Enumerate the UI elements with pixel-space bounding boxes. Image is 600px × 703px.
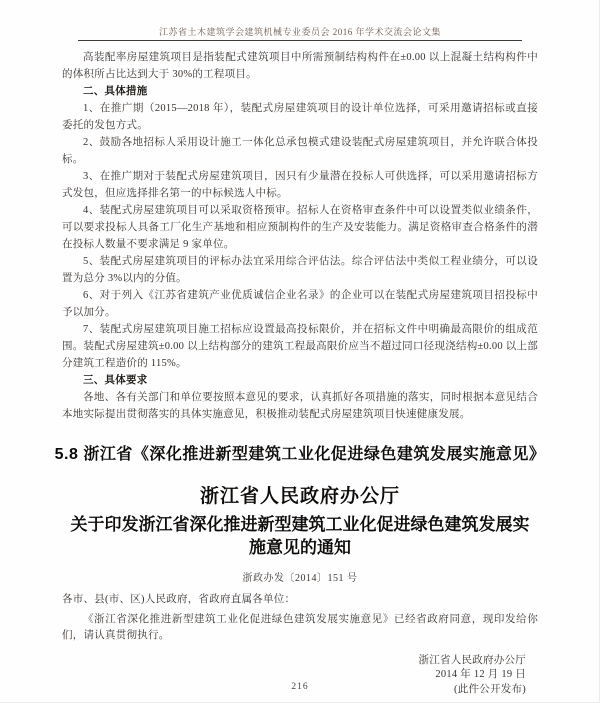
document-title: 关于印发浙江省深化推进新型建筑工业化促进绿色建筑发展实施意见的通知 [64,513,536,559]
measure-item-1: 1、在推广期（2015—2018 年），装配式房屋建筑项目的设计单位选择，可采用… [62,100,538,134]
closing-paragraph: 各地、各有关部门和单位要按照本意见的要求，认真抓好各项措施的落实，同时根据本意见… [62,389,538,423]
section-5-8: 5.8 浙江省《深化推进新型建筑工业化促进绿色建筑发展实施意见》 浙江省人民政府… [0,441,600,697]
measure-item-4: 4、装配式房屋建筑项目可以采取资格预审。招标人在资格审查条件中可以设置类似业绩条… [62,202,538,253]
section3-heading: 三、具体要求 [62,372,538,389]
document-page: 江苏省土木建筑学会建筑机械专业委员会 2016 年学术交流会论文集 高装配率房屋… [0,0,600,703]
main-text-block: 高装配率房屋建筑项目是指装配式建筑项目中所需预制结构构件在±0.00 以上混凝土… [62,49,538,423]
measure-item-2: 2、鼓励各地招标人采用设计施工一体化总承包模式建设装配式房屋建筑项目，并允许联合… [62,134,538,168]
page-number: 216 [0,682,600,692]
document-number: 浙政办发〔2014〕151 号 [0,569,600,584]
section-5-8-heading: 5.8 浙江省《深化推进新型建筑工业化促进绿色建筑发展实施意见》 [0,441,600,464]
intro-paragraph: 高装配率房屋建筑项目是指装配式建筑项目中所需预制结构构件在±0.00 以上混凝土… [62,49,538,83]
notice-body: 《浙江省深化推进新型建筑工业化促进绿色建筑发展实施意见》已经省政府同意，现印发给… [62,612,538,645]
issuing-org-title: 浙江省人民政府办公厅 [0,481,600,508]
measure-item-7: 7、装配式房屋建筑项目施工招标应设置最高投标限价，并在招标文件中明确最高限价的组… [62,321,538,372]
signature-date: 2014 年 12 月 19 日 [62,668,526,683]
measure-item-3: 3、在推广期对于装配式房屋建筑项目，因只有少量潜在投标人可供选择，可以采用邀请招… [62,168,538,202]
header-divider [78,40,522,41]
measure-item-6: 6、对于列入《江苏省建筑产业优质诚信企业名录》的企业可以在装配式房屋建筑项目招投… [62,287,538,321]
signature-org: 浙江省人民政府办公厅 [62,654,526,669]
salutation-line: 各市、县(市、区)人民政府，省政府直属各单位： [62,592,538,609]
measure-item-5: 5、装配式房屋建筑项目的评标办法宜采用综合评估法。综合评估法中类似工程业绩分，可… [62,253,538,287]
running-header: 江苏省土木建筑学会建筑机械专业委员会 2016 年学术交流会论文集 [0,25,600,38]
section2-heading: 二、具体措施 [62,83,538,100]
